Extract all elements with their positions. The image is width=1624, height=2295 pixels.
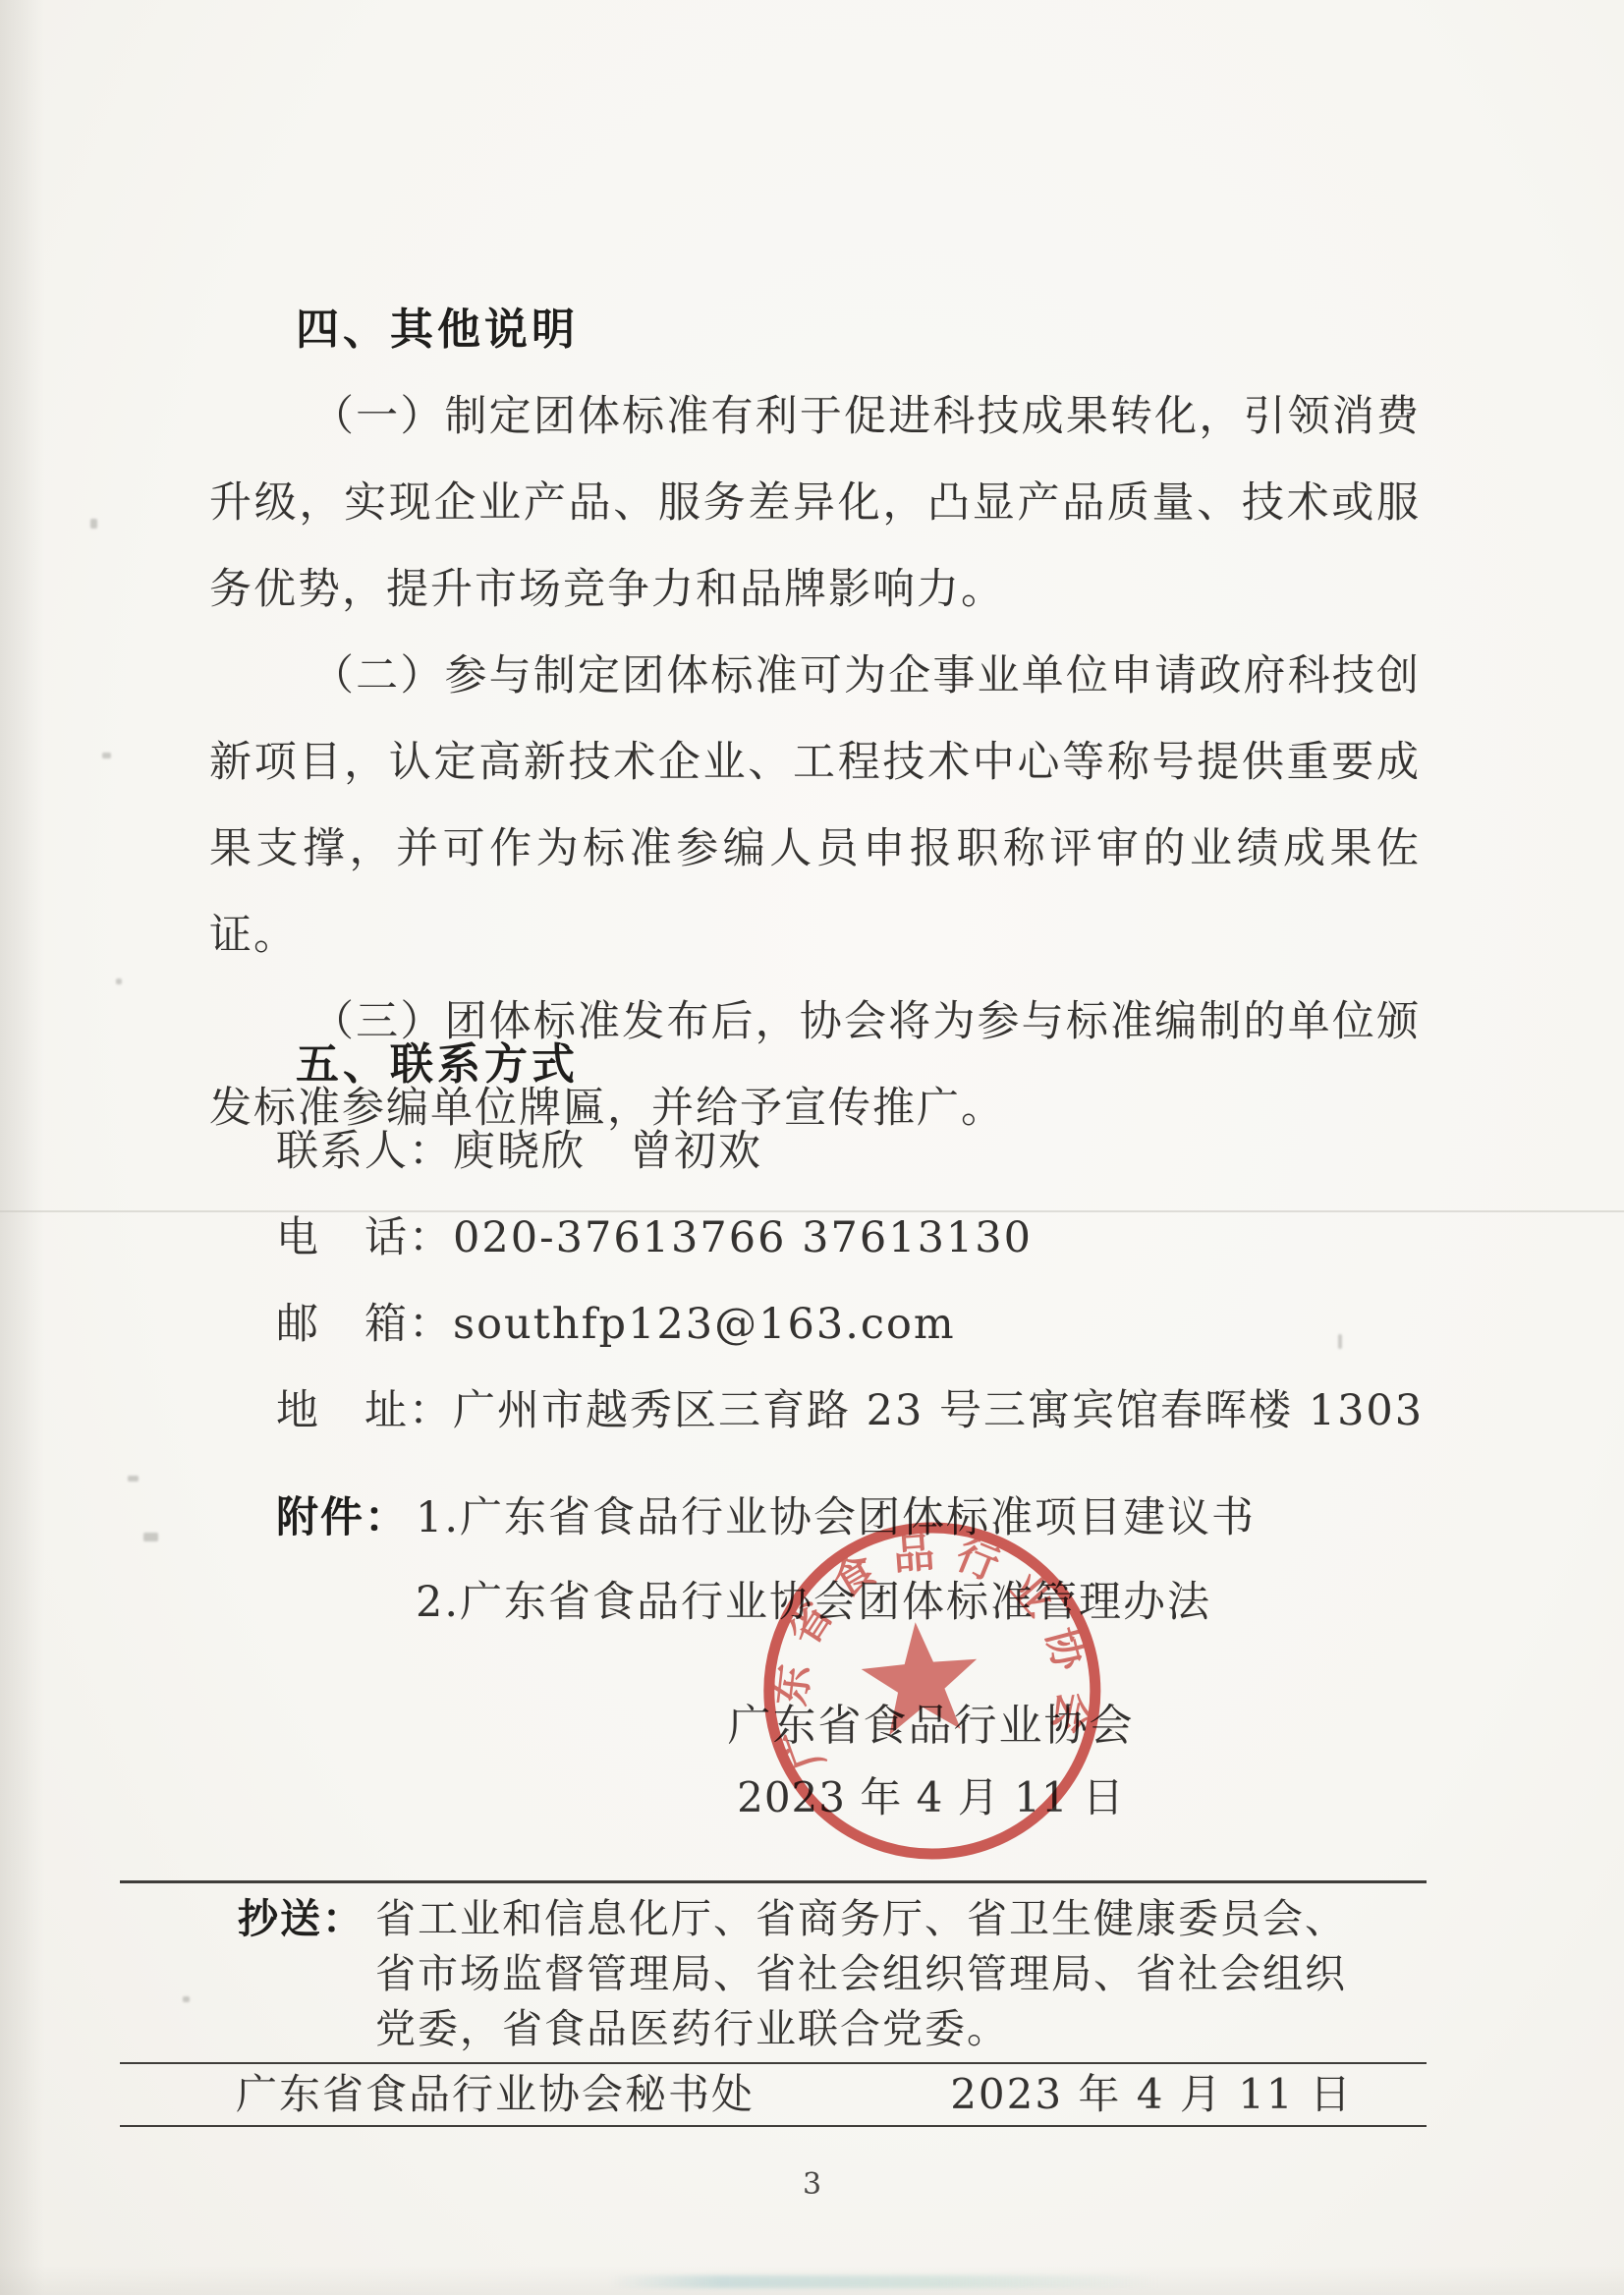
seal-ring-text-holder: 广东省食品行业协会 [753, 1514, 1105, 1781]
contact-address-value: 广州市越秀区三育路 23 号三寓宾馆春晖楼 1303 [453, 1386, 1424, 1435]
official-seal: 广东省食品行业协会 [742, 1502, 1123, 1883]
issuer-row: 广东省食品行业协会秘书处 2023 年 4 月 11 日 [120, 2064, 1427, 2125]
contact-phone-label: 电 话： [276, 1213, 453, 1262]
section4-heading: 四、其他说明 [209, 287, 1421, 373]
seal-star [858, 1617, 982, 1737]
section-contact-info: 五、联系方式 联系人：庾晓欣 曾初欢 电 话：020-37613766 3761… [209, 1022, 1421, 1454]
cc-line-2: 省市场监督管理局、省社会组织管理局、省社会组织 [375, 1946, 1347, 2001]
cc-line-3: 党委，省食品医药行业联合党委。 [375, 2001, 1347, 2056]
cc-label: 抄送： [238, 1891, 375, 2056]
seal-ring-text: 广东省食品行业协会 [753, 1514, 1105, 1781]
scan-speck [90, 519, 97, 529]
section4-paragraph-2: （二）参与制定团体标准可为企事业单位申请政府科技创新项目，认定高新技术企业、工程… [209, 633, 1421, 979]
contact-person-label: 联系人： [276, 1127, 453, 1176]
contact-phone-line: 电 话：020-37613766 37613130 [209, 1195, 1421, 1281]
scanned-document-page: 四、其他说明 （一）制定团体标准有利于促进科技成果转化，引领消费升级，实现企业产… [0, 0, 1624, 2295]
footer-rule-bottom [120, 2125, 1427, 2127]
cc-line-1: 省工业和信息化厅、省商务厅、省卫生健康委员会、 [375, 1891, 1347, 1946]
document-footer: 抄送： 省工业和信息化厅、省商务厅、省卫生健康委员会、 省市场监督管理局、省社会… [120, 1880, 1427, 2127]
scan-edge-smudge [609, 2275, 1159, 2288]
contact-address-label: 地 址： [276, 1386, 453, 1435]
scan-speck [128, 1476, 139, 1482]
scan-speck [116, 979, 122, 984]
contact-address-line: 地 址：广州市越秀区三育路 23 号三寓宾馆春晖楼 1303 [209, 1368, 1421, 1454]
scan-speck [102, 753, 111, 758]
scan-speck [143, 1533, 158, 1541]
attachments-label: 附件： [276, 1476, 416, 1560]
contact-email-line: 邮 箱：southfp123@163.com [209, 1281, 1421, 1368]
contact-email-label: 邮 箱： [276, 1300, 453, 1349]
contact-email-value: southfp123@163.com [453, 1300, 956, 1349]
contact-person-value: 庾晓欣 曾初欢 [453, 1127, 762, 1176]
section5-heading: 五、联系方式 [209, 1022, 1421, 1108]
contact-phone-value: 020-37613766 37613130 [453, 1213, 1033, 1262]
contact-person-line: 联系人：庾晓欣 曾初欢 [209, 1108, 1421, 1195]
page-number: 3 [0, 2167, 1624, 2202]
cc-recipients: 省工业和信息化厅、省商务厅、省卫生健康委员会、 省市场监督管理局、省社会组织管理… [375, 1891, 1347, 2056]
issuer-name: 广东省食品行业协会秘书处 [236, 2064, 755, 2125]
section4-paragraph-1: （一）制定团体标准有利于促进科技成果转化，引领消费升级，实现企业产品、服务差异化… [209, 373, 1421, 633]
cc-block: 抄送： 省工业和信息化厅、省商务厅、省卫生健康委员会、 省市场监督管理局、省社会… [120, 1883, 1427, 2062]
issue-date: 2023 年 4 月 11 日 [950, 2064, 1353, 2125]
